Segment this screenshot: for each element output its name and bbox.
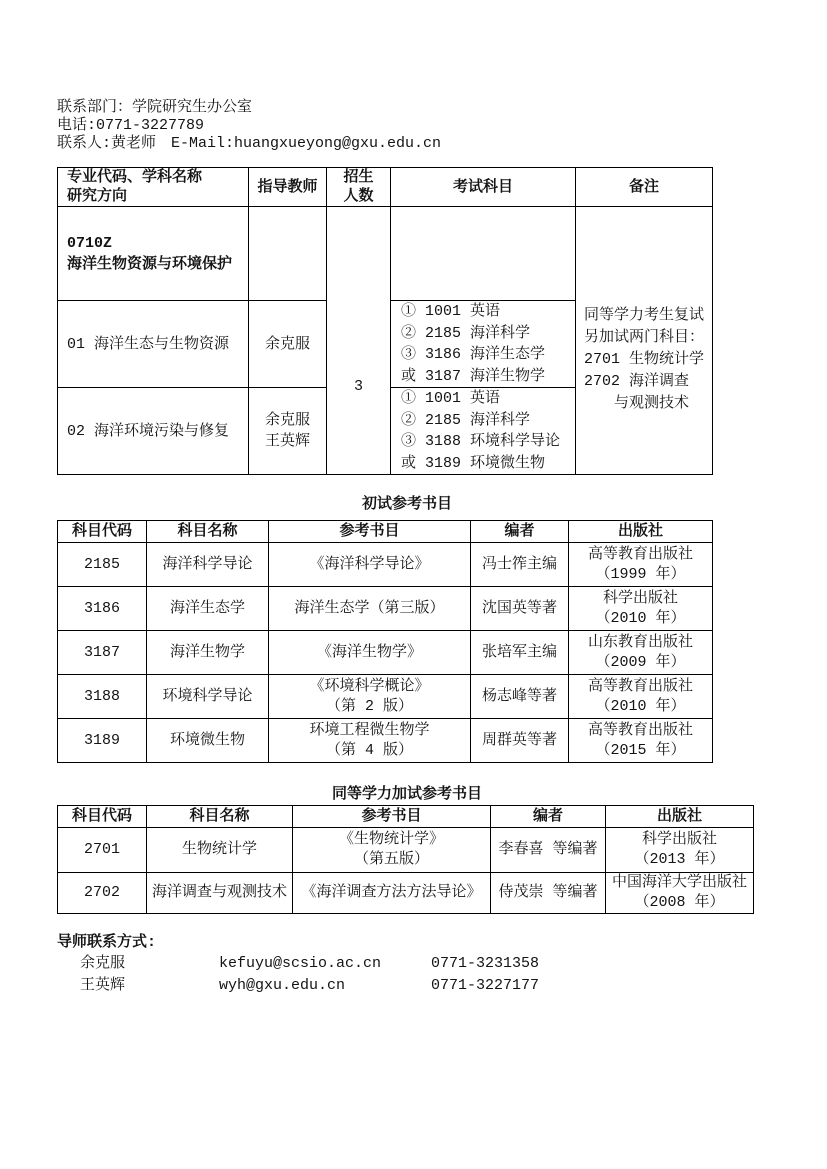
header-book-title: 参考书目 xyxy=(293,806,491,828)
book-title-cell: 《生物统计学》 （第五版） xyxy=(293,828,491,873)
subject-code-cell: 3187 xyxy=(58,631,147,675)
editor-cell: 李春喜 等编著 xyxy=(491,828,606,873)
book-row: 2701 生物统计学 《生物统计学》 （第五版） 李春喜 等编著 科学出版社 （… xyxy=(58,828,754,873)
publisher-cell: 高等教育出版社 （1999 年） xyxy=(569,543,713,587)
direction-advisors-cell: 余克服 王英辉 xyxy=(249,388,327,475)
subject-name-cell: 海洋生态学 xyxy=(147,587,269,631)
book-row: 3189 环境微生物 环境工程微生物学 （第 4 版） 周群英等著 高等教育出版… xyxy=(58,719,713,763)
contact-phone: 电话:0771-3227789 xyxy=(57,117,827,135)
direction-name-cell: 01 海洋生态与生物资源 xyxy=(58,301,249,388)
initial-books-table: 科目代码 科目名称 参考书目 编者 出版社 2185 海洋科学导论 《海洋科学导… xyxy=(57,520,713,763)
contact-department: 联系部门：学院研究生办公室 xyxy=(57,99,827,117)
publisher-cell: 科学出版社 （2010 年） xyxy=(569,587,713,631)
subject-code-cell: 3188 xyxy=(58,675,147,719)
direction-advisors-cell: 余克服 xyxy=(249,301,327,388)
subject-code-cell: 2185 xyxy=(58,543,147,587)
header-subject-code: 科目代码 xyxy=(58,521,147,543)
header-subjects-column: 考试科目 xyxy=(391,168,576,207)
subject-code-cell: 2702 xyxy=(58,873,147,914)
header-book-title: 参考书目 xyxy=(269,521,471,543)
subject-code-cell: 3189 xyxy=(58,719,147,763)
advisor-phone: 0771-3231358 xyxy=(431,953,539,975)
advisor-name: 王英辉 xyxy=(80,975,219,997)
book-title-cell: 海洋生态学（第三版） xyxy=(269,587,471,631)
book-title-cell: 《海洋调查方法方法导论》 xyxy=(293,873,491,914)
supplementary-books-table: 科目代码 科目名称 参考书目 编者 出版社 2701 生物统计学 《生物统计学》… xyxy=(57,805,754,914)
supplementary-books-title: 同等学力加试参考书目 xyxy=(57,785,757,805)
book-title-cell: 《环境科学概论》 （第 2 版） xyxy=(269,675,471,719)
direction-subjects-cell: ① 1001 英语 ② 2185 海洋科学 ③ 3188 环境科学导论 或 31… xyxy=(391,388,576,475)
subject-name-cell: 海洋科学导论 xyxy=(147,543,269,587)
advisor-contacts-block: 导师联系方式: 余克服kefuyu@scsio.ac.cn0771-323135… xyxy=(57,933,827,997)
advisor-phone: 0771-3227177 xyxy=(431,975,539,997)
publisher-cell: 高等教育出版社 （2010 年） xyxy=(569,675,713,719)
book-row: 3187 海洋生物学 《海洋生物学》 张培军主编 山东教育出版社 （2009 年… xyxy=(58,631,713,675)
header-publisher: 出版社 xyxy=(569,521,713,543)
header-remark-column: 备注 xyxy=(576,168,713,207)
book-row: 3186 海洋生态学 海洋生态学（第三版） 沈国英等著 科学出版社 （2010 … xyxy=(58,587,713,631)
initial-books-header-row: 科目代码 科目名称 参考书目 编者 出版社 xyxy=(58,521,713,543)
subject-code-cell: 3186 xyxy=(58,587,147,631)
editor-cell: 周群英等著 xyxy=(471,719,569,763)
header-subject-name: 科目名称 xyxy=(147,521,269,543)
program-code-row: 0710Z 海洋生物资源与环境保护 3 同等学力考生复试 另加试两门科目： 27… xyxy=(58,207,713,301)
subject-name-cell: 环境微生物 xyxy=(147,719,269,763)
header-major-column: 专业代码、学科名称 研究方向 xyxy=(58,168,249,207)
publisher-cell: 科学出版社 （2013 年） xyxy=(606,828,754,873)
advisor-name: 余克服 xyxy=(80,953,219,975)
initial-books-title: 初试参考书目 xyxy=(57,495,757,515)
header-advisor-column: 指导教师 xyxy=(249,168,327,207)
enrollment-count-cell: 3 xyxy=(327,207,391,475)
header-publisher: 出版社 xyxy=(606,806,754,828)
subject-name-cell: 海洋生物学 xyxy=(147,631,269,675)
header-editor: 编者 xyxy=(491,806,606,828)
subject-code-cell: 2701 xyxy=(58,828,147,873)
header-subject-code: 科目代码 xyxy=(58,806,147,828)
publisher-cell: 高等教育出版社 （2015 年） xyxy=(569,719,713,763)
advisor-email: wyh@gxu.edu.cn xyxy=(219,975,431,997)
publisher-cell: 中国海洋大学出版社 （2008 年） xyxy=(606,873,754,914)
editor-cell: 侍茂崇 等编著 xyxy=(491,873,606,914)
advisor-contact-row: 余克服kefuyu@scsio.ac.cn0771-3231358 xyxy=(57,953,827,975)
direction-subjects-cell: ① 1001 英语 ② 2185 海洋科学 ③ 3186 海洋生态学 或 318… xyxy=(391,301,576,388)
direction-name-cell: 02 海洋环境污染与修复 xyxy=(58,388,249,475)
contact-block: 联系部门：学院研究生办公室 电话:0771-3227789 联系人:黄老师 E-… xyxy=(57,99,827,153)
header-enrollment-column: 招生 人数 xyxy=(327,168,391,207)
supplementary-books-header-row: 科目代码 科目名称 参考书目 编者 出版社 xyxy=(58,806,754,828)
program-subjects-empty-cell xyxy=(391,207,576,301)
advisor-contact-row: 王英辉wyh@gxu.edu.cn0771-3227177 xyxy=(57,975,827,997)
subject-name-cell: 海洋调查与观测技术 xyxy=(147,873,293,914)
book-title-cell: 《海洋生物学》 xyxy=(269,631,471,675)
program-admissions-table: 专业代码、学科名称 研究方向 指导教师 招生 人数 考试科目 备注 0710Z … xyxy=(57,167,713,475)
header-editor: 编者 xyxy=(471,521,569,543)
editor-cell: 沈国英等著 xyxy=(471,587,569,631)
document-page: 联系部门：学院研究生办公室 电话:0771-3227789 联系人:黄老师 E-… xyxy=(0,0,827,1169)
book-row: 3188 环境科学导论 《环境科学概论》 （第 2 版） 杨志峰等著 高等教育出… xyxy=(58,675,713,719)
book-title-cell: 环境工程微生物学 （第 4 版） xyxy=(269,719,471,763)
subject-name-cell: 生物统计学 xyxy=(147,828,293,873)
editor-cell: 张培军主编 xyxy=(471,631,569,675)
publisher-cell: 山东教育出版社 （2009 年） xyxy=(569,631,713,675)
advisor-email: kefuyu@scsio.ac.cn xyxy=(219,953,431,975)
program-table-header-row: 专业代码、学科名称 研究方向 指导教师 招生 人数 考试科目 备注 xyxy=(58,168,713,207)
contact-person-email: 联系人:黄老师 E-Mail:huangxueyong@gxu.edu.cn xyxy=(57,135,827,153)
book-row: 2702 海洋调查与观测技术 《海洋调查方法方法导论》 侍茂崇 等编著 中国海洋… xyxy=(58,873,754,914)
subject-name-cell: 环境科学导论 xyxy=(147,675,269,719)
program-advisor-empty-cell xyxy=(249,207,327,301)
book-title-cell: 《海洋科学导论》 xyxy=(269,543,471,587)
advisor-contacts-title: 导师联系方式: xyxy=(57,933,827,953)
editor-cell: 冯士筰主编 xyxy=(471,543,569,587)
editor-cell: 杨志峰等著 xyxy=(471,675,569,719)
header-subject-name: 科目名称 xyxy=(147,806,293,828)
book-row: 2185 海洋科学导论 《海洋科学导论》 冯士筰主编 高等教育出版社 （1999… xyxy=(58,543,713,587)
remark-cell: 同等学力考生复试 另加试两门科目： 2701 生物统计学 2702 海洋调查 与… xyxy=(576,207,713,475)
program-code-cell: 0710Z 海洋生物资源与环境保护 xyxy=(58,207,249,301)
